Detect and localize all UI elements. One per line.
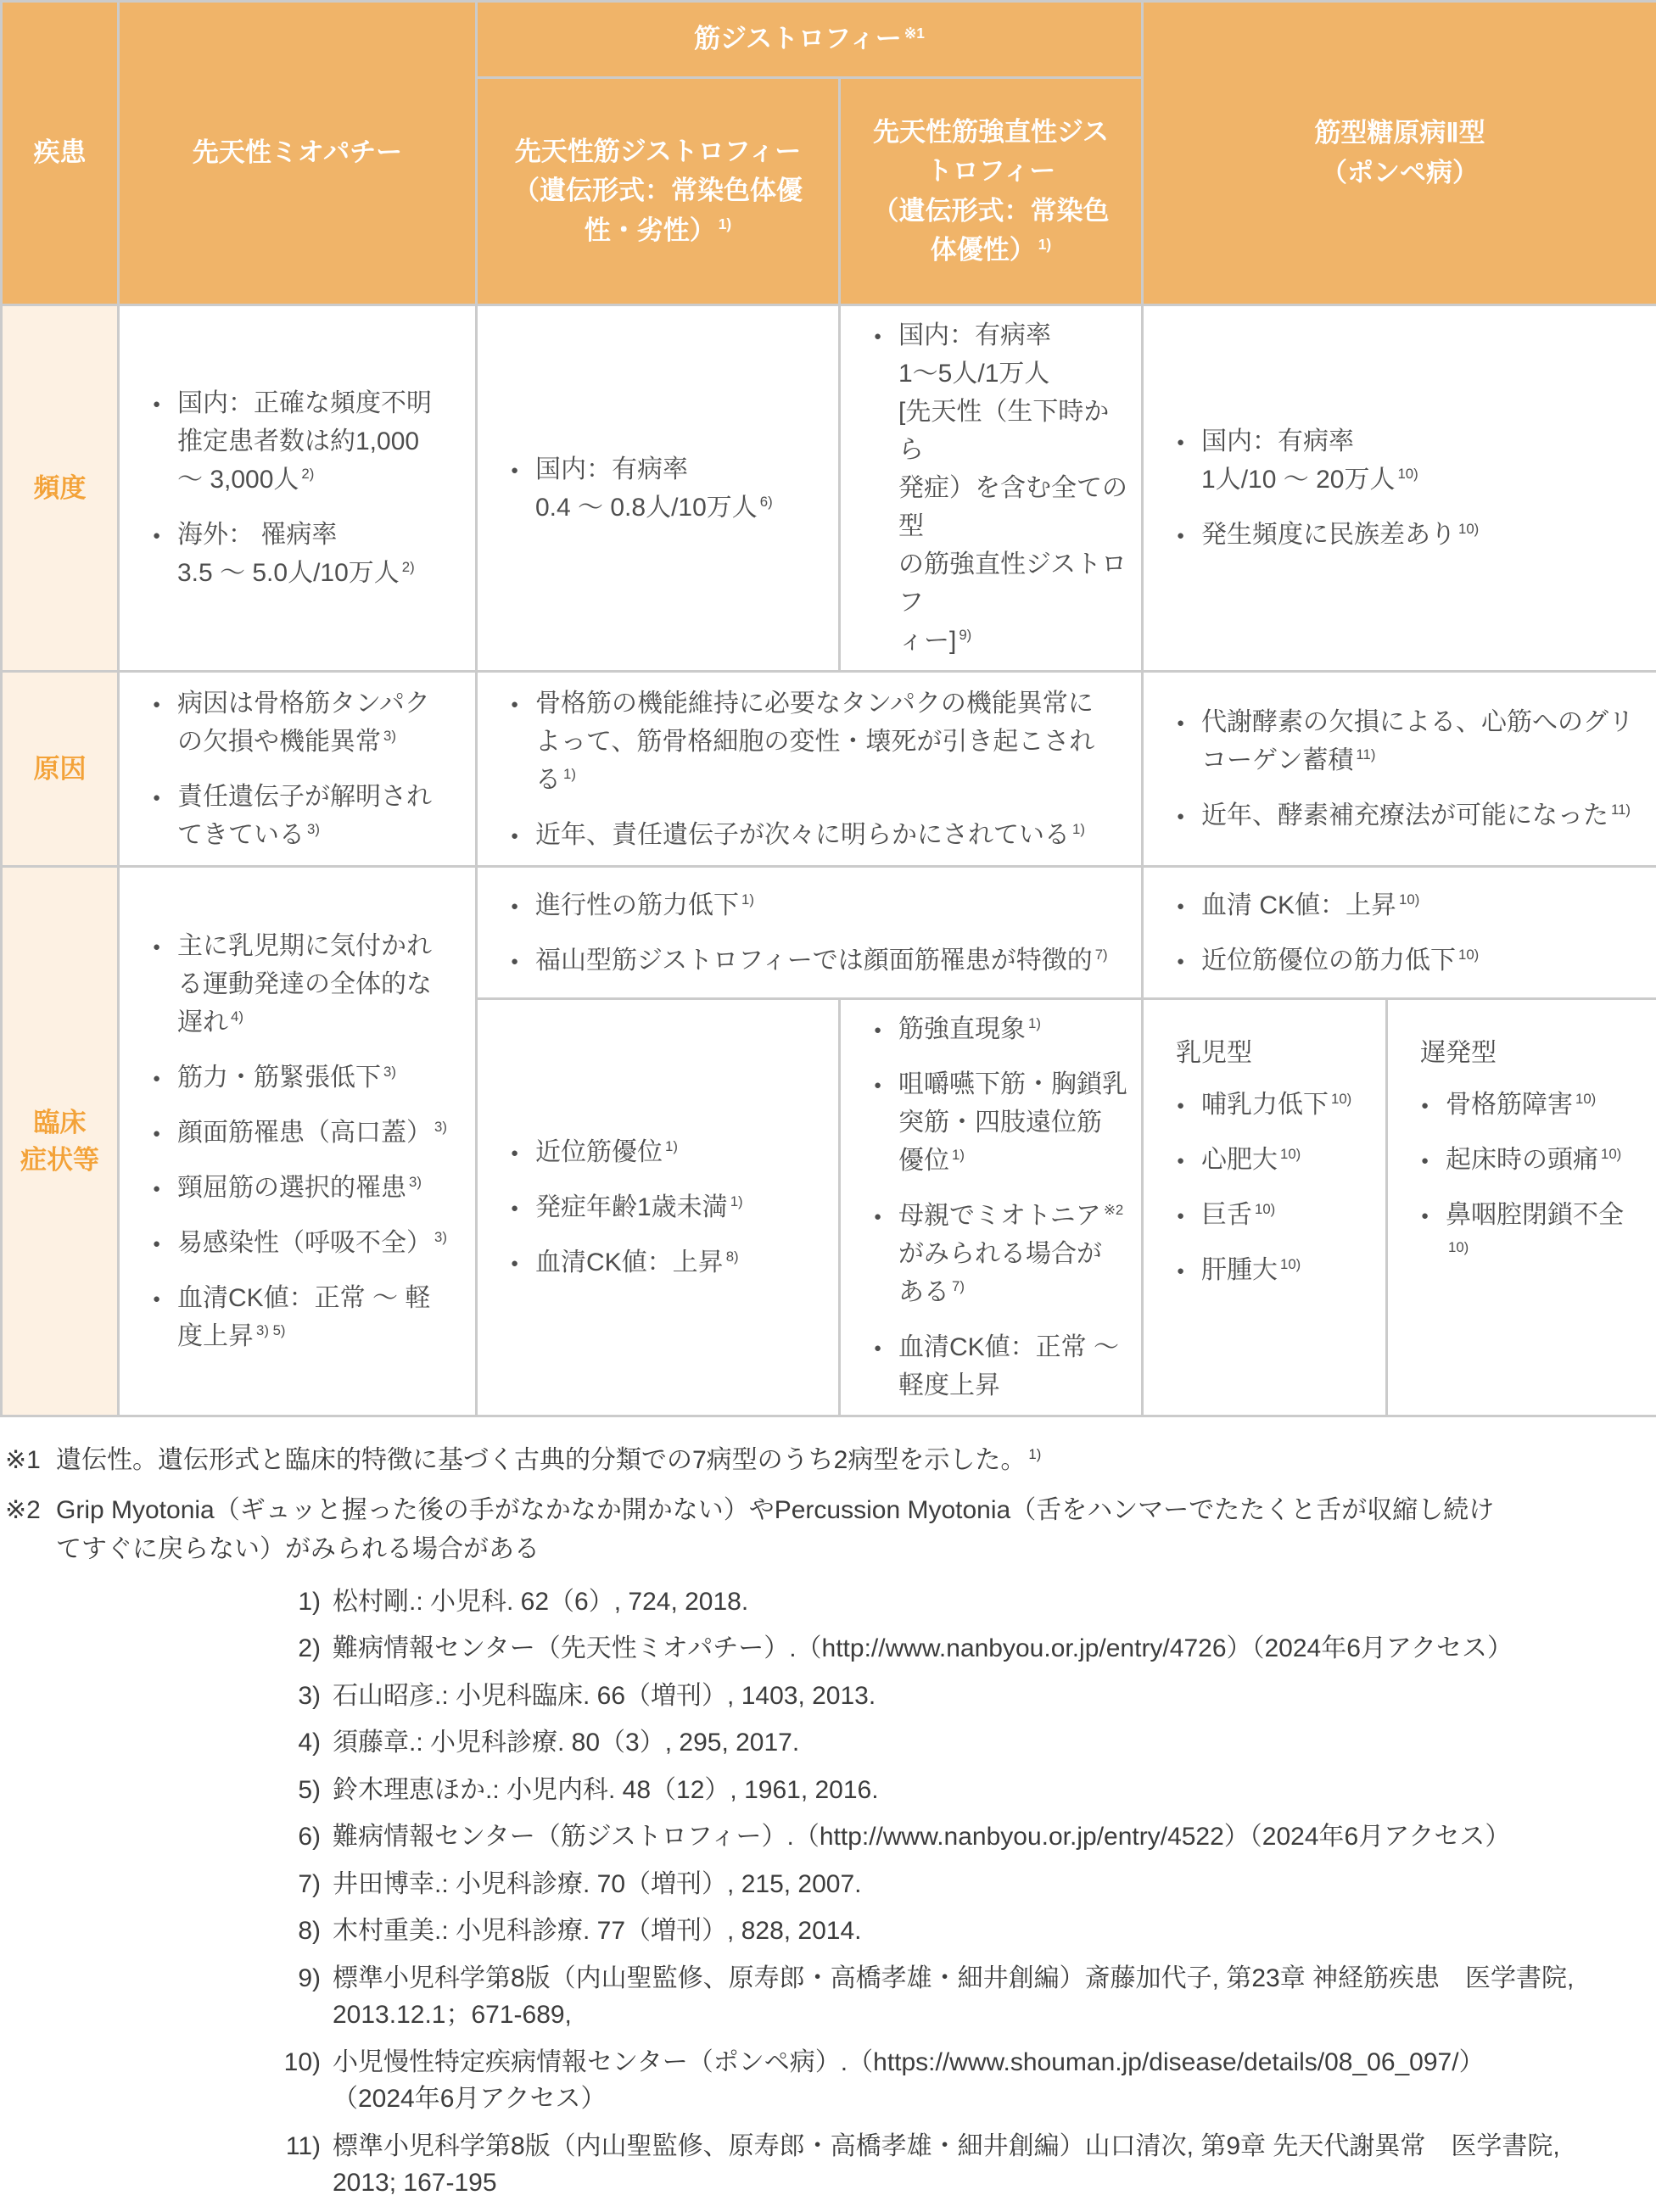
reference-item: 1) 松村剛.: 小児科. 62（6）, 724, 2018. [0, 1584, 1656, 1621]
bullet-item: 国内：正確な頻度不明 推定患者数は約1,000 ～ 3,000人2) [152, 384, 462, 499]
reference-number: 5) [0, 1772, 321, 1809]
header-cell-disease: 疾患 [2, 2, 119, 305]
reference-number: 11) [0, 2128, 321, 2202]
cell-frequency-cmd: 国内：有病率 0.4 ～ 0.8人/10万人6) [477, 305, 840, 672]
bullet-list: 国内：有病率 1～5人/1万人 [先天性（生下時から 発症）を含む全ての型 の筋… [873, 316, 1127, 660]
reference-item: 2) 難病情報センター（先天性ミオパチー）.（http://www.nanbyo… [0, 1630, 1656, 1667]
cell-clinical-dystrophy-common: 進行性の筋力低下1)福山型筋ジストロフィーでは顔面筋罹患が特徴的7) [477, 867, 1143, 999]
bullet-item: 海外： 罹病率 3.5 ～ 5.0人/10万人2) [152, 516, 462, 592]
reference-item: 9) 標準小児科学第8版（内山聖監修、原寿郎・高橋孝雄・細井創編）斎藤加代子, … [0, 1960, 1656, 2034]
bullet-item: 筋強直現象1) [873, 1010, 1127, 1048]
bullet-item: 近位筋優位1) [510, 1133, 825, 1171]
bullet-item: 血清 CK値：上昇10) [1176, 886, 1642, 924]
bullet-item: 咀嚼嚥下筋・胸鎖乳 突筋・四肢遠位筋 優位1) [873, 1065, 1127, 1180]
reference-item: 5) 鈴木理恵ほか.: 小児内科. 48（12）, 1961, 2016. [0, 1772, 1656, 1809]
bullet-item: 発生頻度に民族差あり10) [1176, 516, 1642, 554]
bullet-item: 主に乳児期に気付かれ る運動発達の全体的な 遅れ4) [152, 927, 462, 1042]
reference-text: 木村重美.: 小児科診療. 77（増刊）, 828, 2014. [333, 1913, 1656, 1950]
bullet-list: 骨格筋障害10)起床時の頭痛10)鼻咽腔閉鎖不全10) [1420, 1086, 1642, 1272]
bullet-list: 国内：正確な頻度不明 推定患者数は約1,000 ～ 3,000人2)海外： 罹病… [152, 384, 462, 592]
bullet-item: 血清CK値：正常 ～ 軽 度上昇3) 5) [152, 1279, 462, 1355]
bullet-list: 筋強直現象1)咀嚼嚥下筋・胸鎖乳 突筋・四肢遠位筋 優位1)母親でミオトニア※2… [873, 1010, 1127, 1405]
bullet-item: 責任遺伝子が解明され てきている3) [152, 778, 462, 854]
bullet-item: 哺乳力低下10) [1176, 1086, 1372, 1124]
footnote-text: 遺伝性。遺伝形式と臨床的特徴に基づく古典的分類での7病型のうち2病型を示した。1… [56, 1441, 1651, 1481]
bullet-item: 病因は骨格筋タンパク の欠損や機能異常3) [152, 684, 462, 761]
cell-cause-myopathy: 病因は骨格筋タンパク の欠損や機能異常3)責任遺伝子が解明され てきている3) [119, 672, 477, 867]
footnote-marker: ※2 [5, 1491, 56, 1570]
disease-comparison-table: 疾患 先天性ミオパチー 筋ジストロフィー※1 筋型糖原病Ⅱ型 （ポンペ病） 先天… [0, 0, 1656, 1417]
header-cell-pompe-disease: 筋型糖原病Ⅱ型 （ポンペ病） [1143, 2, 1656, 305]
footnote: ※2 Grip Myotonia（ギュッと握った後の手がなかなか開かない）やPe… [5, 1491, 1651, 1570]
bullet-list: 病因は骨格筋タンパク の欠損や機能異常3)責任遺伝子が解明され てきている3) [152, 684, 462, 854]
bullet-item: 骨格筋障害10) [1420, 1086, 1642, 1124]
cell-frequency-pompe: 国内：有病率 1人/10 ～ 20万人10)発生頻度に民族差あり10) [1143, 305, 1656, 672]
bullet-list: 進行性の筋力低下1)福山型筋ジストロフィーでは顔面筋罹患が特徴的7) [510, 886, 1127, 980]
reference-number: 1) [0, 1584, 321, 1621]
reference-superscript: 1) [1038, 236, 1051, 253]
reference-number: 10) [0, 2044, 321, 2118]
reference-item: 11) 標準小児科学第8版（内山聖監修、原寿郎・高橋孝雄・細井創編）山口清次, … [0, 2128, 1656, 2202]
reference-text: 小児慢性特定疾病情報センター（ポンペ病）.（https://www.shouma… [333, 2044, 1656, 2118]
pompe-infantile-heading: 乳児型 [1176, 1034, 1372, 1072]
frequency-label-text: 頻度 [34, 473, 87, 503]
footnote: ※1 遺伝性。遺伝形式と臨床的特徴に基づく古典的分類での7病型のうち2病型を示し… [5, 1441, 1651, 1481]
bullet-list: 哺乳力低下10)心肥大10)巨舌10)肝腫大10) [1176, 1086, 1372, 1289]
reference-item: 7) 井田博幸.: 小児科診療. 70（増刊）, 215, 2007. [0, 1866, 1656, 1903]
bullet-item: 顔面筋罹患（高口蓋）3) [152, 1114, 462, 1152]
bullet-list: 国内：有病率 1人/10 ～ 20万人10)発生頻度に民族差あり10) [1176, 422, 1642, 554]
bullet-item: 肝腫大10) [1176, 1251, 1372, 1289]
cell-clinical-pompe-common: 血清 CK値：上昇10)近位筋優位の筋力低下10) [1143, 867, 1656, 999]
cell-clinical-myopathy: 主に乳児期に気付かれ る運動発達の全体的な 遅れ4)筋力・筋緊張低下3)顔面筋罹… [119, 867, 477, 1416]
cell-frequency-cmtd: 国内：有病率 1～5人/1万人 [先天性（生下時から 発症）を含む全ての型 の筋… [840, 305, 1143, 672]
header-cmtd-label: 先天性筋強直性ジス トロフィー （遺伝形式：常染色 体優性） [873, 117, 1110, 265]
footnote-marker: ※1 [5, 1441, 56, 1481]
cell-cause-pompe: 代謝酵素の欠損による、心筋へのグリ コーゲン蓄積11)近年、酵素補充療法が可能に… [1143, 672, 1656, 867]
reference-number: 9) [0, 1960, 321, 2034]
header-myopathy-label: 先天性ミオパチー [193, 137, 402, 167]
reference-text: 石山昭彦.: 小児科臨床. 66（増刊）, 1403, 2013. [333, 1678, 1656, 1715]
cell-clinical-cmd: 近位筋優位1)発症年齢1歳未満1)血清CK値：上昇8) [477, 999, 840, 1416]
header-disease-label: 疾患 [34, 137, 87, 167]
reference-number: 7) [0, 1866, 321, 1903]
bullet-item: 発症年齢1歳未満1) [510, 1188, 825, 1226]
reference-item: 3) 石山昭彦.: 小児科臨床. 66（増刊）, 1403, 2013. [0, 1678, 1656, 1715]
cell-clinical-cmtd: 筋強直現象1)咀嚼嚥下筋・胸鎖乳 突筋・四肢遠位筋 優位1)母親でミオトニア※2… [840, 999, 1143, 1416]
bullet-item: 福山型筋ジストロフィーでは顔面筋罹患が特徴的7) [510, 941, 1127, 980]
bullet-item: 易感染性（呼吸不全）3) [152, 1224, 462, 1262]
reference-superscript: 1) [1028, 1446, 1041, 1462]
bullet-item: 母親でミオトニア※2 がみられる場合が ある7) [873, 1197, 1127, 1311]
reference-text: 標準小児科学第8版（内山聖監修、原寿郎・高橋孝雄・細井創編）山口清次, 第9章 … [333, 2128, 1656, 2202]
bullet-item: 国内：有病率 1人/10 ～ 20万人10) [1176, 422, 1642, 499]
bullet-list: 近位筋優位1)発症年齢1歳未満1)血清CK値：上昇8) [510, 1133, 825, 1282]
bullet-item: 巨舌10) [1176, 1196, 1372, 1234]
frequency-row: 頻度 国内：正確な頻度不明 推定患者数は約1,000 ～ 3,000人2)海外：… [2, 305, 1656, 672]
reference-text: 須藤章.: 小児科診療. 80（3）, 295, 2017. [333, 1724, 1656, 1762]
reference-item: 6) 難病情報センター（筋ジストロフィー）.（http://www.nanbyo… [0, 1818, 1656, 1856]
bullet-item: 頸屈筋の選択的罹患3) [152, 1169, 462, 1207]
bullet-item: 骨格筋の機能維持に必要なタンパクの機能異常に よって、筋骨格細胞の変性・壊死が引… [510, 684, 1127, 799]
bullet-list: 主に乳児期に気付かれ る運動発達の全体的な 遅れ4)筋力・筋緊張低下3)顔面筋罹… [152, 927, 462, 1355]
cause-row: 原因 病因は骨格筋タンパク の欠損や機能異常3)責任遺伝子が解明され てきている… [2, 672, 1656, 867]
footnote-text: Grip Myotonia（ギュッと握った後の手がなかなか開かない）やPercu… [56, 1491, 1651, 1570]
header-pompe-label: 筋型糖原病Ⅱ型 （ポンペ病） [1314, 118, 1485, 187]
footnote-1-superscript: ※1 [904, 25, 925, 42]
bullet-item: 国内：有病率 1～5人/1万人 [先天性（生下時から 発症）を含む全ての型 の筋… [873, 316, 1127, 660]
bullet-item: 鼻咽腔閉鎖不全10) [1420, 1196, 1642, 1272]
header-group-row: 疾患 先天性ミオパチー 筋ジストロフィー※1 筋型糖原病Ⅱ型 （ポンペ病） [2, 2, 1656, 78]
reference-text: 鈴木理恵ほか.: 小児内科. 48（12）, 1961, 2016. [333, 1772, 1656, 1809]
cell-clinical-pompe-infantile: 乳児型 哺乳力低下10)心肥大10)巨舌10)肝腫大10) [1143, 999, 1387, 1416]
header-cell-congenital-muscular-dystrophy: 先天性筋ジストロフィー （遺伝形式：常染色体優 性・劣性）1) [477, 78, 840, 305]
bullet-item: 近位筋優位の筋力低下10) [1176, 941, 1642, 980]
reference-number: 3) [0, 1678, 321, 1715]
clinical-label-text: 臨床 症状等 [20, 1108, 99, 1174]
pompe-late-heading: 遅発型 [1420, 1034, 1642, 1072]
reference-number: 4) [0, 1724, 321, 1762]
reference-superscript: 1) [719, 215, 731, 232]
bullet-list: 国内：有病率 0.4 ～ 0.8人/10万人6) [510, 450, 825, 527]
cell-frequency-myopathy: 国内：正確な頻度不明 推定患者数は約1,000 ～ 3,000人2)海外： 罹病… [119, 305, 477, 672]
reference-item: 4) 須藤章.: 小児科診療. 80（3）, 295, 2017. [0, 1724, 1656, 1762]
references-section: 1) 松村剛.: 小児科. 62（6）, 724, 2018. 2) 難病情報セ… [0, 1584, 1656, 2202]
bullet-list: 血清 CK値：上昇10)近位筋優位の筋力低下10) [1176, 886, 1642, 980]
header-cmd-label: 先天性筋ジストロフィー （遺伝形式：常染色体優 性・劣性） [513, 137, 803, 245]
reference-number: 2) [0, 1630, 321, 1667]
reference-number: 6) [0, 1818, 321, 1856]
bullet-item: 代謝酵素の欠損による、心筋へのグリ コーゲン蓄積11) [1176, 703, 1642, 779]
reference-text: 松村剛.: 小児科. 62（6）, 724, 2018. [333, 1584, 1656, 1621]
bullet-list: 骨格筋の機能維持に必要なタンパクの機能異常に よって、筋骨格細胞の変性・壊死が引… [510, 684, 1127, 854]
bullet-item: 起床時の頭痛10) [1420, 1141, 1642, 1179]
bullet-item: 血清CK値：上昇8) [510, 1243, 825, 1282]
reference-text: 標準小児科学第8版（内山聖監修、原寿郎・高橋孝雄・細井創編）斎藤加代子, 第23… [333, 1960, 1656, 2034]
reference-text: 井田博幸.: 小児科診療. 70（増刊）, 215, 2007. [333, 1866, 1656, 1903]
header-cell-congenital-myopathy: 先天性ミオパチー [119, 2, 477, 305]
bullet-item: 血清CK値：正常 ～ 軽度上昇 [873, 1328, 1127, 1405]
reference-text: 難病情報センター（筋ジストロフィー）.（http://www.nanbyou.o… [333, 1818, 1656, 1856]
bullet-item: 心肥大10) [1176, 1141, 1372, 1179]
reference-number: 8) [0, 1913, 321, 1950]
cell-clinical-pompe-late: 遅発型 骨格筋障害10)起床時の頭痛10)鼻咽腔閉鎖不全10) [1387, 999, 1656, 1416]
reference-item: 10) 小児慢性特定疾病情報センター（ポンペ病）.（https://www.sh… [0, 2044, 1656, 2118]
clinical-row-upper: 臨床 症状等 主に乳児期に気付かれ る運動発達の全体的な 遅れ4)筋力・筋緊張低… [2, 867, 1656, 999]
header-dystrophy-group-label: 筋ジストロフィー [694, 24, 902, 53]
header-cell-congenital-myotonic-dystrophy: 先天性筋強直性ジス トロフィー （遺伝形式：常染色 体優性）1) [840, 78, 1143, 305]
reference-text: 難病情報センター（先天性ミオパチー）.（http://www.nanbyou.o… [333, 1630, 1656, 1667]
cause-label-text: 原因 [34, 754, 87, 784]
bullet-item: 国内：有病率 0.4 ～ 0.8人/10万人6) [510, 450, 825, 527]
reference-item: 8) 木村重美.: 小児科診療. 77（増刊）, 828, 2014. [0, 1913, 1656, 1950]
header-cell-muscular-dystrophy-group: 筋ジストロフィー※1 [477, 2, 1143, 78]
row-label-frequency: 頻度 [2, 305, 119, 672]
cell-cause-dystrophy: 骨格筋の機能維持に必要なタンパクの機能異常に よって、筋骨格細胞の変性・壊死が引… [477, 672, 1143, 867]
row-label-clinical: 臨床 症状等 [2, 867, 119, 1416]
row-label-cause: 原因 [2, 672, 119, 867]
bullet-item: 筋力・筋緊張低下3) [152, 1059, 462, 1097]
bullet-item: 近年、責任遺伝子が次々に明らかにされている1) [510, 816, 1127, 854]
bullet-item: 進行性の筋力低下1) [510, 886, 1127, 924]
footnotes-section: ※1 遺伝性。遺伝形式と臨床的特徴に基づく古典的分類での7病型のうち2病型を示し… [5, 1441, 1651, 1570]
bullet-list: 代謝酵素の欠損による、心筋へのグリ コーゲン蓄積11)近年、酵素補充療法が可能に… [1176, 703, 1642, 835]
bullet-item: 近年、酵素補充療法が可能になった11) [1176, 796, 1642, 835]
